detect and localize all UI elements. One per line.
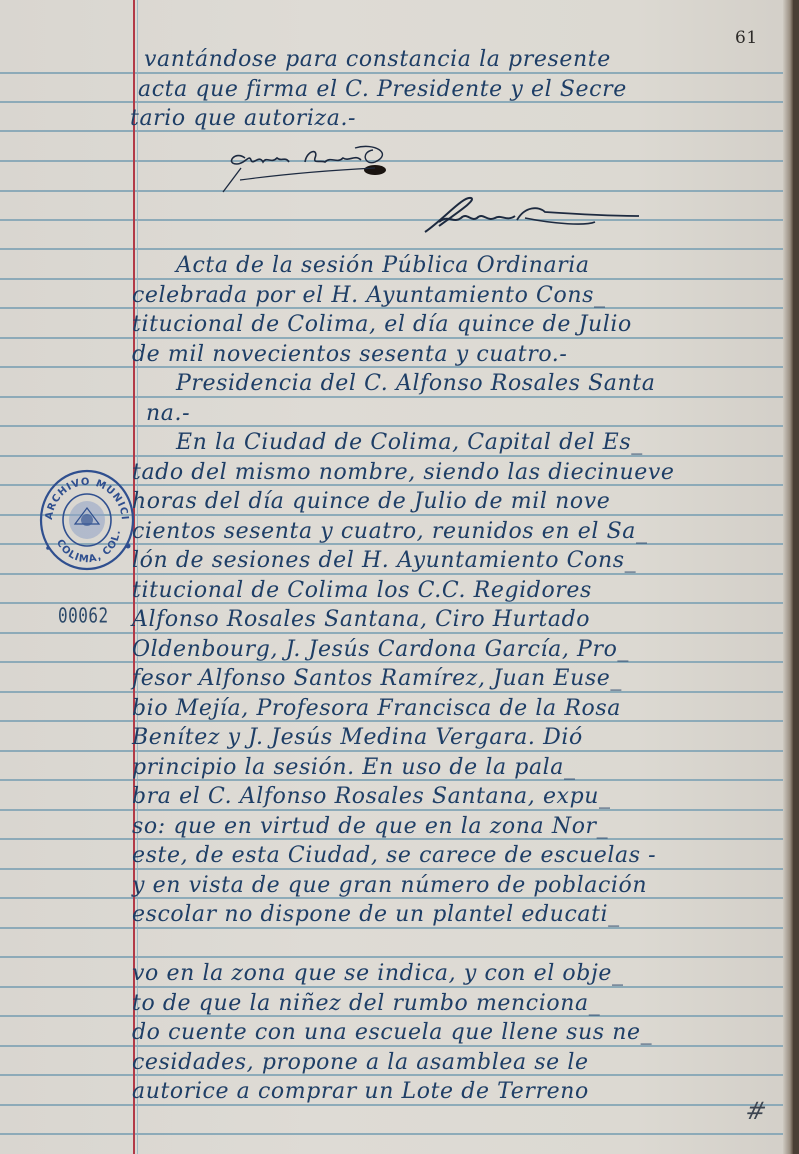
text-line: celebrada por el H. Ayuntamiento Cons_ <box>132 284 606 308</box>
text-line: escolar no dispone de un plantel educati… <box>132 903 620 927</box>
text-line: vantándose para constancia la presente <box>144 48 611 72</box>
ruled-line <box>0 632 793 634</box>
ruled-line <box>0 956 793 958</box>
text-line: cientos sesenta y cuatro, reunidos en el… <box>132 520 648 544</box>
text-line: titucional de Colima los C.C. Regidores <box>132 579 592 603</box>
text-line: tado del mismo nombre, siendo las diecin… <box>132 461 675 485</box>
secretary-signature-icon <box>415 192 655 242</box>
ruled-line <box>0 573 793 575</box>
text-line: En la Ciudad de Colima, Capital del Es_ <box>176 431 643 455</box>
text-line: principio la sesión. En uso de la pala_ <box>132 756 576 780</box>
ruled-line <box>0 278 793 280</box>
text-line: lón de sesiones del H. Ayuntamiento Cons… <box>132 549 636 573</box>
ruled-line <box>0 72 793 74</box>
text-line: fesor Alfonso Santos Ramírez, Juan Euse_ <box>132 667 622 691</box>
ruled-line <box>0 1104 793 1106</box>
text-line: na.- <box>146 402 190 426</box>
ruled-line <box>0 1045 793 1047</box>
text-line: Benítez y J. Jesús Medina Vergara. Dió <box>132 726 583 750</box>
page-edge <box>783 0 793 1154</box>
ruled-line <box>0 396 793 398</box>
text-line: titucional de Colima, el día quince de J… <box>132 313 632 337</box>
text-line: bio Mejía, Profesora Francisca de la Ros… <box>132 697 621 721</box>
end-mark: # <box>743 1097 769 1125</box>
page-number: 61 <box>735 28 758 48</box>
ruled-line <box>0 337 793 339</box>
text-line: vo en la zona que se indica, y con el ob… <box>132 962 624 986</box>
ruled-line <box>0 219 793 221</box>
text-line: este, de esta Ciudad, se carece de escue… <box>132 844 656 868</box>
ruled-line <box>0 425 793 427</box>
text-line: autorice a comprar un Lote de Terreno <box>132 1080 589 1104</box>
ruled-line <box>0 986 793 988</box>
ruled-line <box>0 455 793 457</box>
ruled-line <box>0 1133 793 1135</box>
text-line: acta que firma el C. Presidente y el Sec… <box>138 78 627 102</box>
text-line: horas del día quince de Julio de mil nov… <box>132 490 610 514</box>
text-line: cesidades, propone a la asamblea se le <box>132 1051 589 1075</box>
ruled-line <box>0 809 793 811</box>
archive-stamp-icon: ARCHIVO MUNICIPAL COLIMA, COL. <box>38 468 136 572</box>
text-line: y en vista de que gran número de poblaci… <box>132 874 647 898</box>
text-line: so: que en virtud de que en la zona Nor_ <box>132 815 608 839</box>
ruled-line <box>0 248 793 250</box>
text-line: to de que la niñez del rumbo menciona_ <box>132 992 600 1016</box>
ruled-line <box>0 130 793 132</box>
text-line: bra el C. Alfonso Rosales Santana, expu_ <box>132 785 611 809</box>
text-line: Oldenbourg, J. Jesús Cardona García, Pro… <box>132 638 629 662</box>
text-line: de mil novecientos sesenta y cuatro.- <box>132 343 567 367</box>
text-line: tario que autoriza.- <box>130 107 356 131</box>
ruled-line <box>0 691 793 693</box>
ruled-line <box>0 868 793 870</box>
folio-stamp: 00062 <box>58 603 109 628</box>
ruled-line <box>0 750 793 752</box>
president-signature-icon <box>215 140 415 200</box>
text-line: do cuente con una escuela que llene sus … <box>132 1021 652 1045</box>
text-line: Acta de la sesión Pública Ordinaria <box>176 254 590 278</box>
text-line: Alfonso Rosales Santana, Ciro Hurtado <box>132 608 590 632</box>
ledger-page: 61 ARCHIVO MUNICIPAL COLIMA, COL. 00062 … <box>0 0 793 1154</box>
text-line: Presidencia del C. Alfonso Rosales Santa <box>176 372 655 396</box>
ruled-line <box>0 927 793 929</box>
